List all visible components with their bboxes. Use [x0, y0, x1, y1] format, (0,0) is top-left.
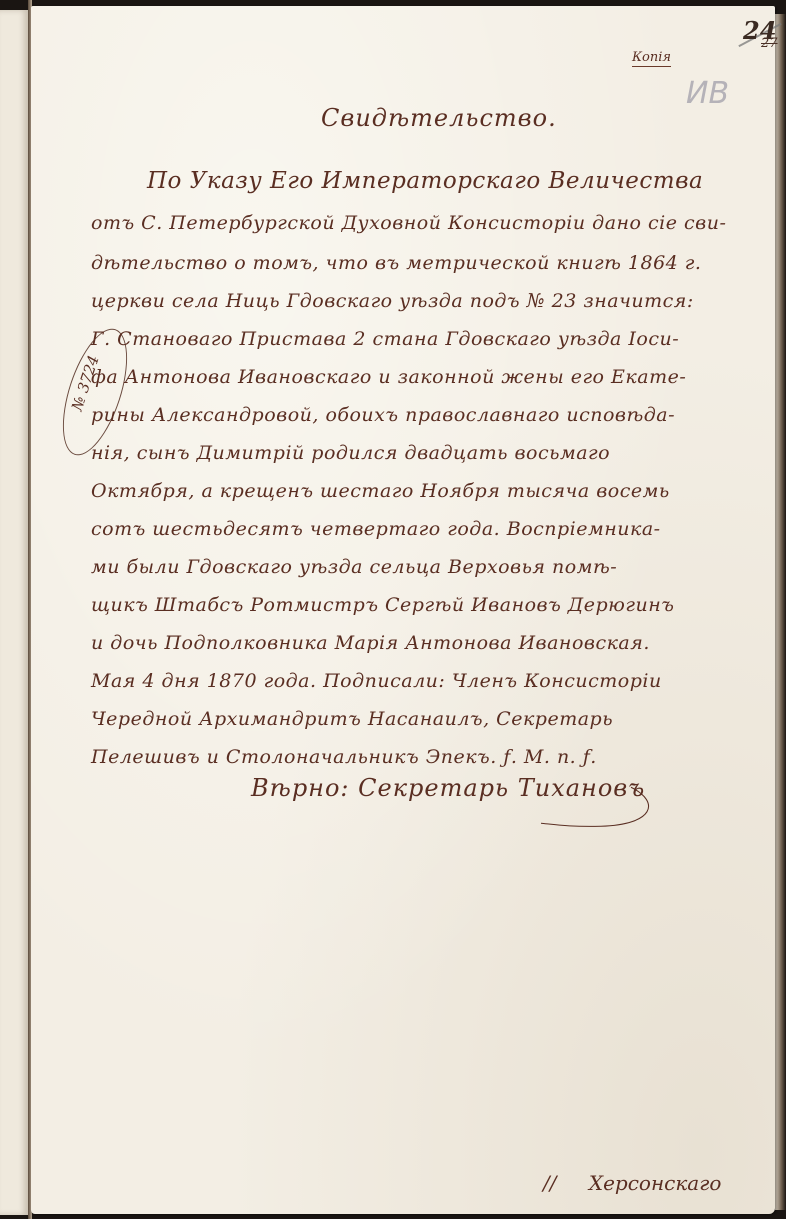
body-line: дѣтельство о томъ, что въ метрической кн…	[91, 252, 701, 274]
document-title: Свидѣтельство.	[321, 104, 557, 132]
body-line: церкви села Ниць Гдовскаго уѣзда подъ № …	[91, 290, 694, 312]
document-page: 24 27 Копія ИВ Свидѣтельство. № 3724 По …	[31, 6, 775, 1214]
body-line: рины Александровой, обоихъ православнаго…	[91, 404, 675, 426]
old-folio-number: 27	[761, 36, 778, 51]
body-line: ми были Гдовскаго уѣзда сельца Верховья …	[91, 556, 617, 578]
body-line: Г. Становаго Пристава 2 стана Гдовскаго …	[91, 328, 679, 350]
body-line: отъ С. Петербургской Духовной Консисторі…	[91, 212, 726, 234]
catchword: // Херсонскаго	[543, 1171, 721, 1195]
copy-label: Копія	[632, 50, 671, 67]
body-line: и дочь Подполковника Марія Антонова Иван…	[91, 632, 650, 654]
catchword-text: Херсонскаго	[589, 1171, 722, 1195]
pencil-annotation: ИВ	[686, 76, 729, 111]
catchword-marks: //	[543, 1171, 556, 1195]
body-line: фа Антонова Ивановскаго и законной жены …	[91, 366, 686, 388]
body-line: Чередной Архимандритъ Насанаилъ, Секрета…	[91, 708, 613, 730]
body-line: Мая 4 дня 1870 года. Подписали: Членъ Ко…	[91, 670, 662, 692]
body-line: нія, сынъ Димитрій родился двадцать вось…	[91, 442, 610, 464]
body-line: сотъ шестьдесятъ четвертаго года. Воспрі…	[91, 518, 661, 540]
previous-page-edge	[0, 10, 30, 1215]
body-line: По Указу Его Императорскаго Величества	[147, 168, 703, 194]
page-edge-right	[775, 14, 786, 1210]
signature-flourish	[511, 776, 661, 836]
body-line: щикъ Штабсъ Ротмистръ Сергѣй Ивановъ Дер…	[91, 594, 674, 616]
body-line: Октября, а крещенъ шестаго Ноября тысяча…	[91, 480, 670, 502]
body-line: Пелешивъ и Столоначальникъ Эпекъ. ƒ. М. …	[91, 746, 597, 768]
